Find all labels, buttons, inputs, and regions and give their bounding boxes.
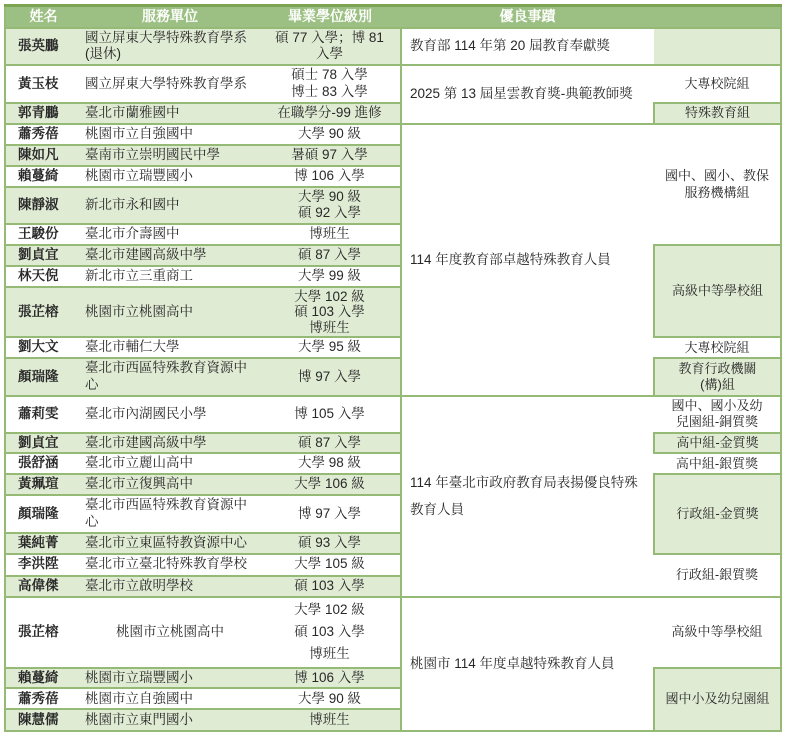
table-row: 黃玉枝 國立屏東大學特殊教育學系 碩士 78 入學 博士 83 入學 2025 … xyxy=(5,65,781,103)
degree-cell: 大學 99 級 xyxy=(259,266,401,287)
unit-cell: 臺北市蘭雅國中 xyxy=(81,103,259,124)
col-header-unit: 服務單位 xyxy=(81,6,259,28)
degree-cell: 博 97 入學 xyxy=(259,358,401,396)
name-cell: 黃玉枝 xyxy=(5,65,81,103)
unit-cell: 桃園市立瑞豐國小 xyxy=(81,166,259,187)
header-row: 姓名 服務單位 畢業學位級別 優良事蹟 xyxy=(5,6,781,28)
unit-cell: 臺北市立啟明學校 xyxy=(81,576,259,597)
unit-cell: 臺北市立臺北特殊教育學校 xyxy=(81,554,259,576)
degree-cell: 碩 103 入學 xyxy=(259,576,401,597)
table-row: 郭青鵬 臺北市蘭雅國中 在職學分-99 進修 特殊教育組 xyxy=(5,103,781,124)
name-cell: 葉純菁 xyxy=(5,533,81,554)
degree-cell: 碩士 78 入學 博士 83 入學 xyxy=(259,65,401,103)
name-cell: 張英鵬 xyxy=(5,28,81,66)
name-cell: 林天倪 xyxy=(5,266,81,287)
degree-cell: 博班生 xyxy=(259,224,401,245)
degree-cell: 博 105 入學 xyxy=(259,396,401,433)
degree-cell: 碩 87 入學 xyxy=(259,245,401,266)
col-header-name: 姓名 xyxy=(5,6,81,28)
degree-cell: 博 106 入學 xyxy=(259,166,401,187)
degree-cell: 大學 95 級 xyxy=(259,337,401,358)
unit-cell: 臺北市立麗山高中 xyxy=(81,453,259,474)
group-cell: 行政組-金質獎 xyxy=(654,474,781,554)
col-header-degree: 畢業學位級別 xyxy=(259,6,401,28)
table-row: 劉貞宜 臺北市建國高級中學 碩 87 入學 高中組-金質獎 xyxy=(5,433,781,454)
degree-cell: 碩 77 入學；博 81 入學 xyxy=(259,28,401,66)
name-cell: 賴蔓綺 xyxy=(5,668,81,689)
col-header-award: 優良事蹟 xyxy=(401,6,654,28)
group-cell: 國中、國小、教保 服務機構組 xyxy=(654,124,781,245)
award-cell: 114 年臺北市政府教育局表揚優良特殊教育人員 xyxy=(401,396,654,597)
degree-cell: 大學 102 級 碩 103 入學 博班生 xyxy=(259,287,401,338)
group-cell: 高級中等學校組 xyxy=(654,597,781,668)
group-cell-empty xyxy=(654,28,781,66)
table-row: 顏瑞隆 臺北市西區特殊教育資源中 心 博 97 入學 教育行政機關 (構)組 xyxy=(5,358,781,396)
group-cell: 行政組-銀質獎 xyxy=(654,554,781,597)
degree-cell: 大學 90 級 xyxy=(259,688,401,709)
award-cell: 114 年度教育部卓越特殊教育人員 xyxy=(401,124,654,396)
degree-cell: 在職學分-99 進修 xyxy=(259,103,401,124)
group-cell: 高中組-銀質獎 xyxy=(654,453,781,474)
unit-cell: 臺北市介壽國中 xyxy=(81,224,259,245)
unit-cell: 新北市永和國中 xyxy=(81,187,259,225)
unit-cell: 桃園市立桃園高中 xyxy=(81,597,259,668)
degree-cell: 碩 93 入學 xyxy=(259,533,401,554)
unit-cell: 新北市立三重商工 xyxy=(81,266,259,287)
group-cell: 國中、國小及幼 兒園組-銅質獎 xyxy=(654,396,781,433)
name-cell: 蕭莉雯 xyxy=(5,396,81,433)
unit-cell: 臺北市建國高級中學 xyxy=(81,433,259,454)
unit-cell: 臺北市輔仁大學 xyxy=(81,337,259,358)
name-cell: 劉貞宜 xyxy=(5,245,81,266)
table-row: 黃珮瑄 臺北市立復興高中 大學 106 級 行政組-金質獎 xyxy=(5,474,781,495)
name-cell: 顏瑞隆 xyxy=(5,495,81,533)
name-cell: 陳慧儒 xyxy=(5,709,81,731)
degree-cell: 暑碩 97 入學 xyxy=(259,145,401,166)
unit-cell: 臺北市西區特殊教育資源中 心 xyxy=(81,495,259,533)
name-cell: 陳靜淑 xyxy=(5,187,81,225)
degree-cell: 博 97 入學 xyxy=(259,495,401,533)
unit-cell: 桃園市立自強國中 xyxy=(81,124,259,145)
unit-cell: 桃園市立瑞豐國小 xyxy=(81,668,259,689)
name-cell: 張芷榕 xyxy=(5,287,81,338)
table-row: 劉貞宜 臺北市建國高級中學 碩 87 入學 高級中等學校組 xyxy=(5,245,781,266)
unit-cell: 國立屏東大學特殊教育學系 (退休) xyxy=(81,28,259,66)
group-cell: 高級中等學校組 xyxy=(654,245,781,337)
page: 姓名 服務單位 畢業學位級別 優良事蹟 張英鵬 國立屏東大學特殊教育學系 (退休… xyxy=(0,0,786,736)
col-header-award-spacer xyxy=(654,6,781,28)
name-cell: 陳如凡 xyxy=(5,145,81,166)
name-cell: 郭青鵬 xyxy=(5,103,81,124)
table-row: 張英鵬 國立屏東大學特殊教育學系 (退休) 碩 77 入學；博 81 入學 教育… xyxy=(5,28,781,66)
name-cell: 張舒涵 xyxy=(5,453,81,474)
unit-cell: 臺北市立復興高中 xyxy=(81,474,259,495)
award-cell: 2025 第 13 屆星雲教育獎-典範教師獎 xyxy=(401,65,654,124)
name-cell: 張芷榕 xyxy=(5,597,81,668)
unit-cell: 臺北市西區特殊教育資源中 心 xyxy=(81,358,259,396)
group-cell: 國中小及幼兒園組 xyxy=(654,668,781,732)
unit-cell: 臺南市立崇明國民中學 xyxy=(81,145,259,166)
table-row: 張舒涵 臺北市立麗山高中 大學 98 級 高中組-銀質獎 xyxy=(5,453,781,474)
name-cell: 顏瑞隆 xyxy=(5,358,81,396)
group-cell: 高中組-金質獎 xyxy=(654,433,781,454)
award-cell: 教育部 114 年第 20 屆教育奉獻獎 xyxy=(401,28,654,66)
table-row: 劉大文 臺北市輔仁大學 大學 95 級 大專校院組 xyxy=(5,337,781,358)
name-cell: 劉大文 xyxy=(5,337,81,358)
name-cell: 黃珮瑄 xyxy=(5,474,81,495)
name-cell: 蕭秀蓓 xyxy=(5,124,81,145)
group-cell: 大專校院組 xyxy=(654,65,781,103)
table-row: 賴蔓綺 桃園市立瑞豐國小 博 106 入學 國中小及幼兒園組 xyxy=(5,668,781,689)
unit-cell: 國立屏東大學特殊教育學系 xyxy=(81,65,259,103)
degree-cell: 博 106 入學 xyxy=(259,668,401,689)
unit-cell: 桃園市立自強國中 xyxy=(81,688,259,709)
table-row: 蕭秀蓓 桃園市立自強國中 大學 90 級 114 年度教育部卓越特殊教育人員 國… xyxy=(5,124,781,145)
awards-table: 姓名 服務單位 畢業學位級別 優良事蹟 張英鵬 國立屏東大學特殊教育學系 (退休… xyxy=(4,4,782,732)
name-cell: 李洪陞 xyxy=(5,554,81,576)
group-cell: 特殊教育組 xyxy=(654,103,781,124)
name-cell: 高偉傑 xyxy=(5,576,81,597)
degree-cell: 大學 106 級 xyxy=(259,474,401,495)
degree-cell: 博班生 xyxy=(259,709,401,731)
table-row: 蕭莉雯 臺北市內湖國民小學 博 105 入學 114 年臺北市政府教育局表揚優良… xyxy=(5,396,781,433)
name-cell: 蕭秀蓓 xyxy=(5,688,81,709)
group-cell: 教育行政機關 (構)組 xyxy=(654,358,781,396)
degree-cell: 大學 98 級 xyxy=(259,453,401,474)
unit-cell: 桃園市立桃園高中 xyxy=(81,287,259,338)
group-cell: 大專校院組 xyxy=(654,337,781,358)
unit-cell: 臺北市建國高級中學 xyxy=(81,245,259,266)
degree-cell: 大學 90 級 xyxy=(259,124,401,145)
name-cell: 賴蔓綺 xyxy=(5,166,81,187)
name-cell: 王駿份 xyxy=(5,224,81,245)
name-cell: 劉貞宜 xyxy=(5,433,81,454)
unit-cell: 臺北市立東區特教資源中心 xyxy=(81,533,259,554)
table-row: 李洪陞 臺北市立臺北特殊教育學校 大學 105 級 行政組-銀質獎 xyxy=(5,554,781,576)
degree-cell: 大學 105 級 xyxy=(259,554,401,576)
degree-cell: 大學 102 級 碩 103 入學 博班生 xyxy=(259,597,401,668)
degree-cell: 碩 87 入學 xyxy=(259,433,401,454)
table-row: 張芷榕 桃園市立桃園高中 大學 102 級 碩 103 入學 博班生 桃園市 1… xyxy=(5,597,781,668)
unit-cell: 臺北市內湖國民小學 xyxy=(81,396,259,433)
unit-cell: 桃園市立東門國小 xyxy=(81,709,259,731)
degree-cell: 大學 90 級 碩 92 入學 xyxy=(259,187,401,225)
award-cell: 桃園市 114 年度卓越特殊教育人員 xyxy=(401,597,654,732)
